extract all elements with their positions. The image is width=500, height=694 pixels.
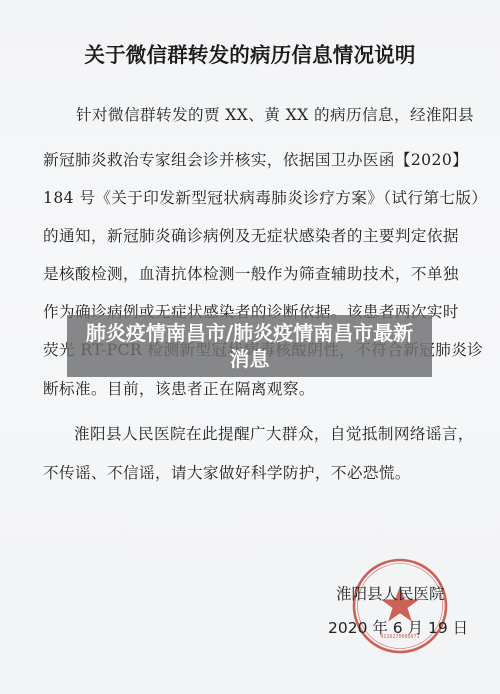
paragraph-line-4: 的通知，新冠肺炎确诊病例及无症状感染者的主要判定依据: [43, 224, 459, 246]
signature-organization: 淮阳县人民医院: [336, 582, 445, 604]
signature-date: 2020 年 6 月 19 日: [328, 616, 468, 638]
paragraph-line-1: 针对微信群转发的贾 XX、黄 XX 的病历信息，经淮阳县: [76, 103, 474, 125]
paragraph-line-5: 是核酸检测，血清抗体检测一般作为筛查辅助技术，不单独: [43, 262, 459, 284]
official-seal-icon: 4116270000971: [350, 556, 450, 656]
caption-text: 肺炎疫情南昌市/肺炎疫情南昌市最新消息: [85, 320, 415, 372]
paragraph-line-3: 184 号《关于印发新型冠状病毒肺炎诊疗方案》（试行第七版）: [43, 186, 487, 208]
paragraph-line-10: 不传谣、不信谣，请大家做好科学防护，不必恐慌。: [43, 461, 411, 483]
paragraph-line-2: 新冠肺炎救治专家组会诊并核实，依据国卫办医函【2020】: [43, 148, 468, 170]
document-title: 关于微信群转发的病历信息情况说明: [0, 38, 500, 68]
paragraph-line-8: 断标准。目前，该患者正在隔离观察。: [43, 377, 315, 399]
paragraph-line-9: 淮阳县人民医院在此提醒广大群众，自觉抵制网络谣言，: [74, 422, 474, 444]
caption-overlay-banner: 肺炎疫情南昌市/肺炎疫情南昌市最新消息: [67, 315, 432, 377]
